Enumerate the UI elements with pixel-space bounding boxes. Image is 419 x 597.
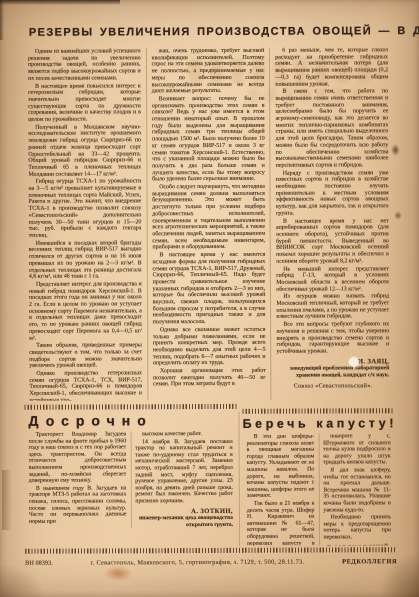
paragraph: Одним из важнейших условий успешного реш… [28, 48, 141, 82]
paragraph: В настоящее время повысился интерес к ге… [28, 83, 141, 124]
author-role: заведующий проблемной лабораторией хране… [277, 366, 390, 379]
paragraph: Гибрид огурца ТСХА-1 по урожайности на 3… [28, 179, 141, 240]
paragraph: В связи с тем, что работа по выращиванию… [275, 88, 388, 169]
imprint-line: ВН 08393. г. Севастополь, Маяковского, 5… [25, 558, 397, 567]
section-title: Досрочно [28, 412, 236, 429]
section-divider-rule [238, 412, 240, 546]
paragraph: В нынешнем году В. Загудаев на тракторе … [29, 485, 127, 525]
paragraph: Таким образом, приведенные примеры свиде… [29, 343, 142, 370]
hatched-divider [24, 404, 236, 410]
author-name: Г. МОСКОВСКИЙ. [324, 545, 392, 546]
paragraph: Из огурцов можно назвать гибрид Московск… [276, 294, 389, 321]
section-title: Беречь капусту! [243, 416, 395, 431]
paragraph: В настоящее время у нас нет апробированн… [276, 218, 389, 265]
paragraph: Имевшийся в посадках второй бригады весе… [29, 240, 142, 281]
paragraph: жаи, очень трудоемко, требует высокой кв… [152, 48, 265, 95]
dosrochno-signature: А. ЗОТКИН, инженер-механик цеха овощевод… [135, 508, 233, 528]
article-column-1: Одним из важнейших условий успешного реш… [23, 48, 147, 401]
hatched-divider [242, 408, 394, 414]
paragraph: Однако производство гетерозисных семян о… [29, 370, 142, 400]
paragraph: 6 раз меньше, чем те, которые совхоз рас… [275, 47, 388, 88]
print-index: ВН 08393. [25, 560, 53, 567]
paragraph: повороте у с. Штурмового от сильного тол… [323, 433, 391, 466]
paragraph: Наряду с производством семян уже известн… [276, 170, 389, 217]
paragraph: Особо следует подчеркнуть, что методика … [152, 184, 265, 252]
paragraph: Необходимо принять меры к предотвращению… [323, 514, 391, 541]
paragraph: высоком качестве работ. [135, 431, 233, 438]
section-columns: Тракторист Владимир Загудаев после служб… [25, 431, 237, 529]
kapusta-column-1: В эти дни шоферы-реализаторы совхоза воз… [243, 434, 319, 546]
section-kapusta: Беречь капусту! В эти дни шоферы-реализа… [243, 416, 396, 546]
section-dosrochno: Досрочно Тракторист Владимир Загудаев по… [24, 412, 237, 547]
dosrochno-column-1: Тракторист Владимир Загудаев после служб… [25, 431, 131, 528]
paragraph: Представляет интерес для производства и … [29, 281, 142, 342]
paragraph: Однако все сказанное может остаться толь… [153, 327, 266, 368]
page-title: РЕЗЕРВЫ УВЕЛИЧЕНИЯ ПРОИЗВОДСТВА ОВОЩЕЙ —… [29, 25, 388, 39]
author-role: инженер-механик цеха овощеводства открыт… [135, 515, 233, 528]
kapusta-column-2: повороте у с. Штурмового от сильного тол… [318, 433, 395, 546]
paragraph: Хорошая организация этих работ позволит … [153, 368, 266, 389]
newspaper-page: РЕЗЕРВЫ УВЕЛИЧЕНИЯ ПРОИЗВОДСТВА ОВОЩЕЙ —… [0, 0, 419, 597]
page-content: РЕЗЕРВЫ УВЕЛИЧЕНИЯ ПРОИЗВОДСТВА ОВОЩЕЙ —… [0, 0, 419, 597]
main-article: Одним из важнейших условий успешного реш… [23, 47, 395, 401]
author-organization: Совхоз «Севастопольский». [277, 383, 390, 390]
paragraph: 14 ноября В. Загудаев поставил трактор н… [135, 438, 233, 504]
paragraph: Все эти вопросы требуют глубокого их изу… [276, 321, 389, 355]
hatched-divider [25, 547, 395, 554]
paragraph: Я дал знак шоферу, чтобы тот остановился… [323, 467, 391, 513]
article-column-3: 6 раз меньше, чем те, которые совхоз рас… [269, 47, 394, 400]
editorial-board-label: РЕДКОЛЛЕГИЯ [342, 558, 397, 565]
kapusta-signature: Г. МОСКОВСКИЙ. [324, 545, 392, 546]
printing-house-info: г. Севастополь, Маяковского, 5, гортипог… [59, 558, 336, 566]
paragraph: В эти дни шоферы-реализаторы совхоза воз… [247, 434, 315, 500]
paragraph: В настоящее время у нас имеются исходные… [152, 252, 265, 326]
article-column-2: жаи, очень трудоемко, требует высокой кв… [146, 48, 271, 401]
paragraph: Полученный в Молдавском научно-исследова… [28, 124, 141, 178]
paragraph: Не меньший интерес представляет гибрид Г… [276, 266, 389, 293]
article-signature: И. ЗАЯЦ, заведующий проблемной лаборатор… [277, 359, 390, 391]
section-columns: В эти дни шоферы-реализаторы совхоза воз… [243, 433, 395, 546]
paragraph: Так было и 21 ноября в десять часов утра… [247, 500, 315, 545]
dosrochno-column-2: высоком качестве работ. 14 ноября В. Заг… [130, 431, 237, 528]
paragraph: Возникает вопрос: почему бы не организов… [152, 96, 265, 184]
paragraph: Тракторист Владимир Загудаев после служб… [29, 431, 127, 484]
